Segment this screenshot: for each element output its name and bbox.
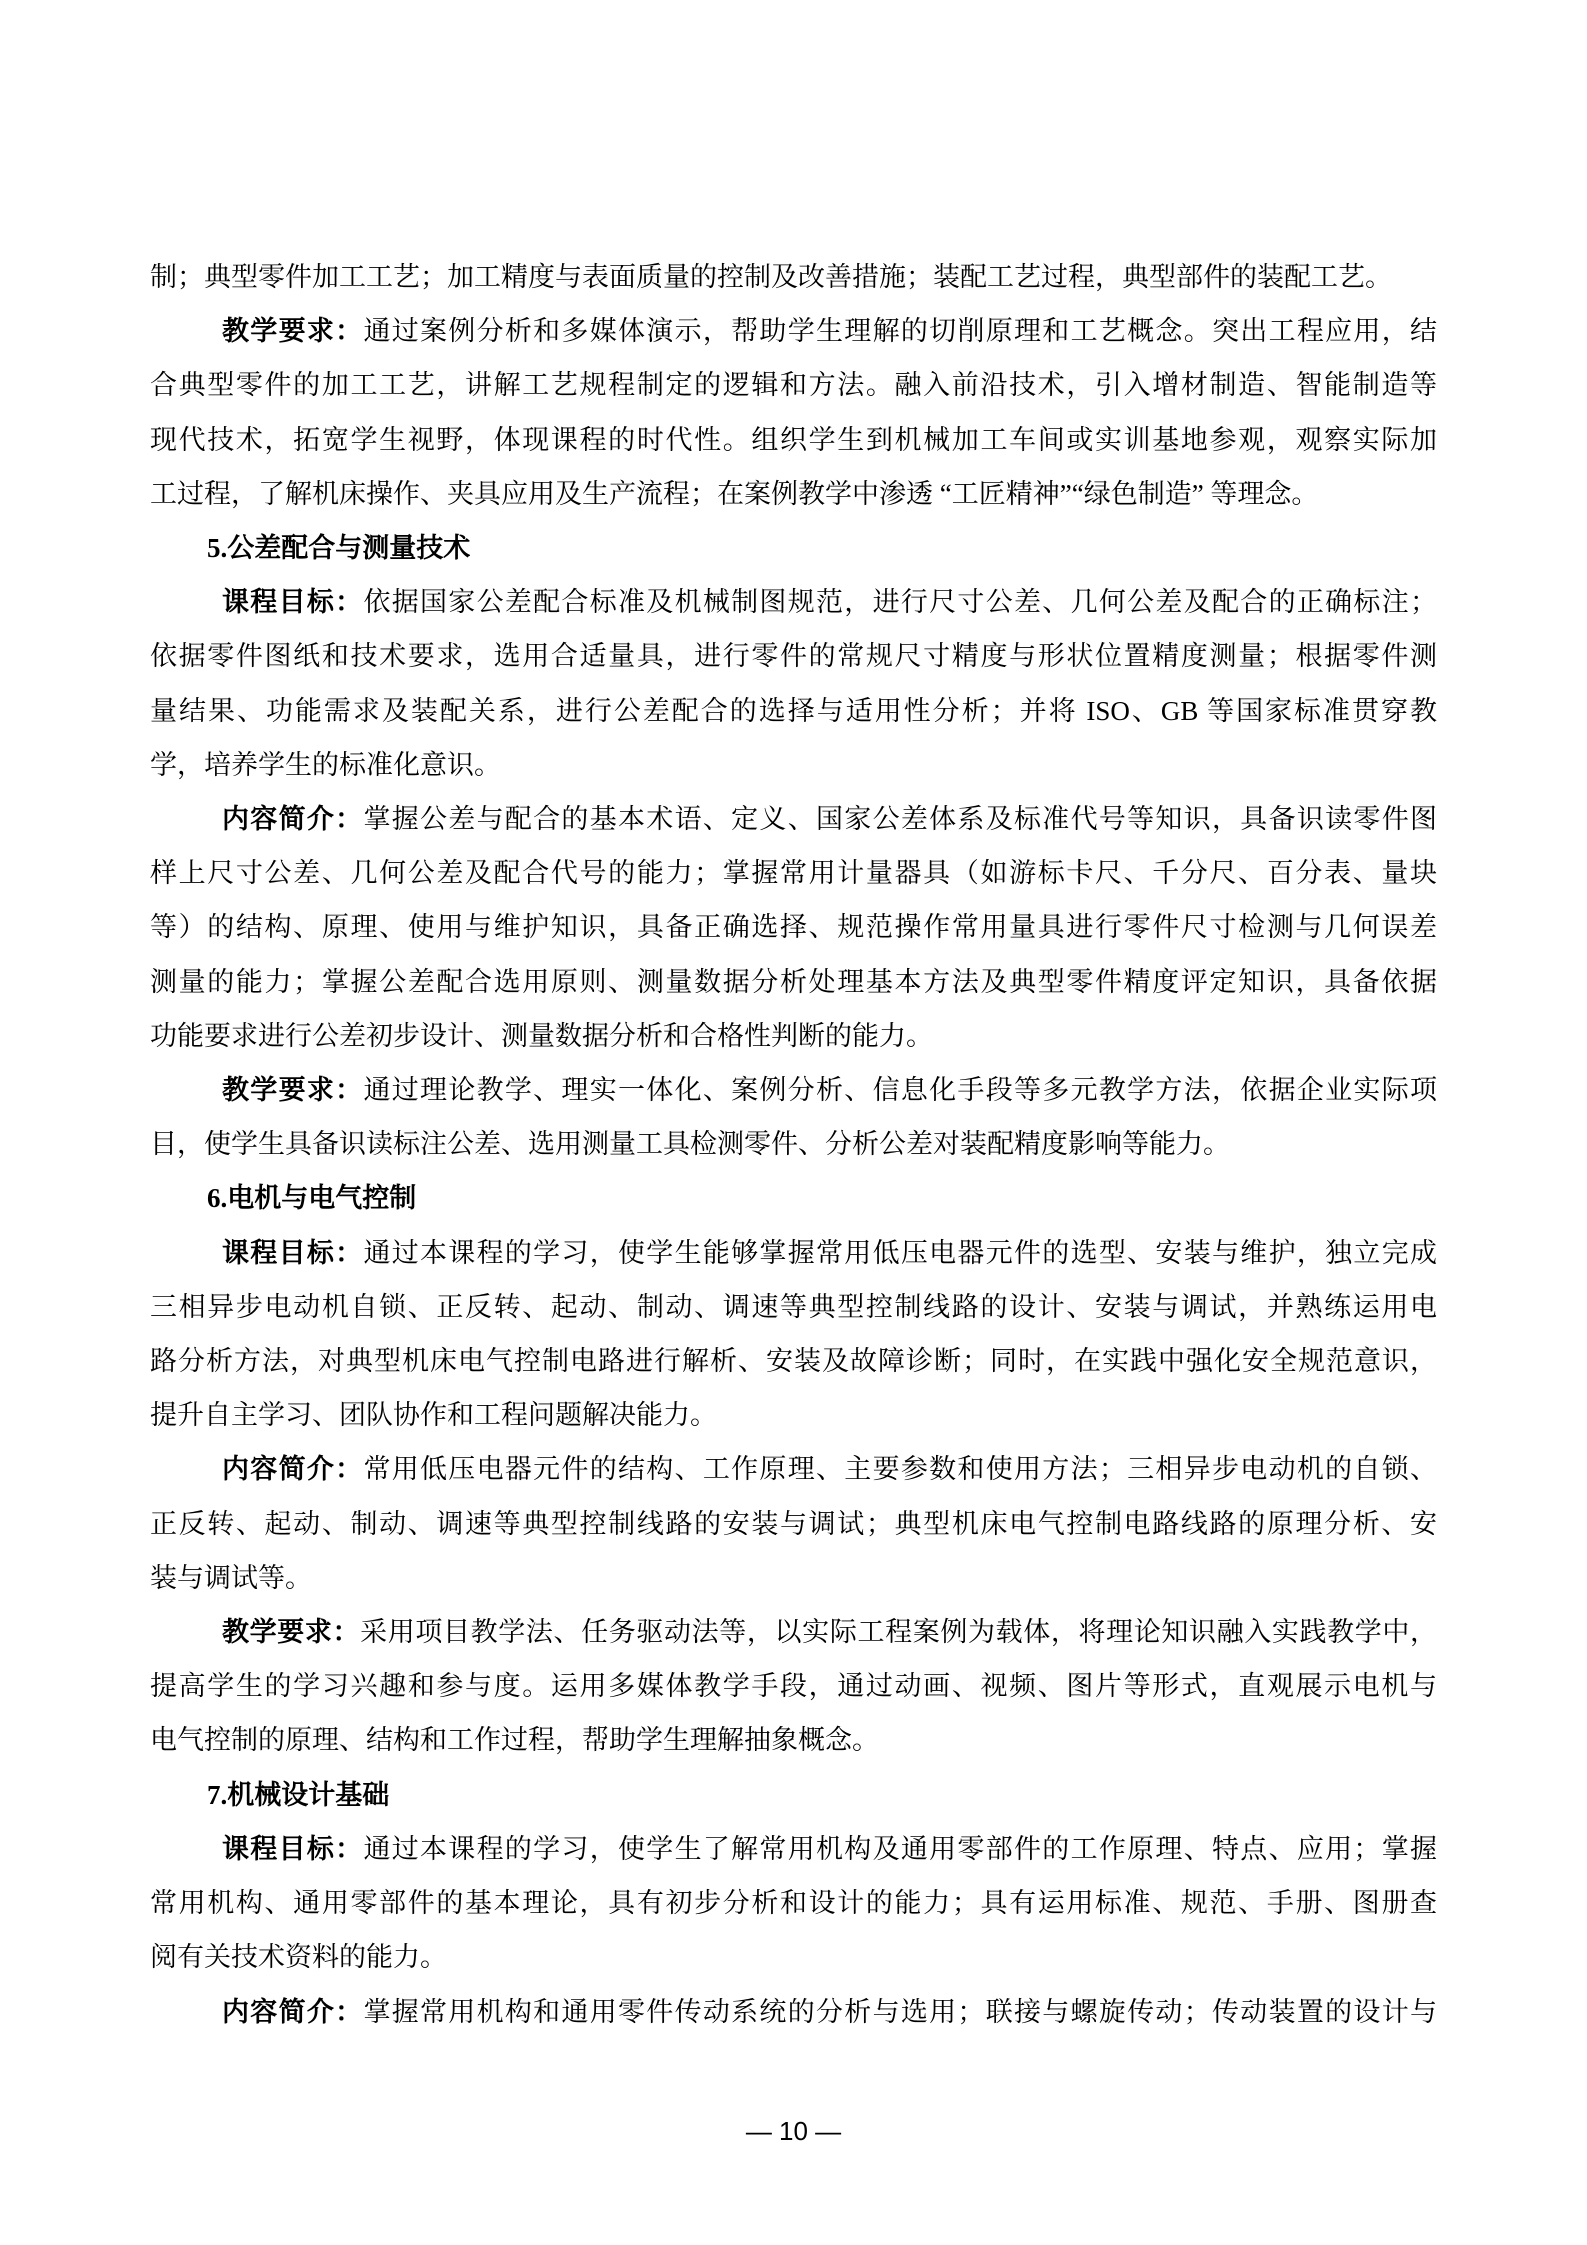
text-line: 合典型零件的加工工艺，讲解工艺规程制定的逻辑和方法。融入前沿技术，引入增材制造、… bbox=[150, 358, 1437, 412]
paragraph-label: 教学要求： bbox=[222, 1617, 360, 1647]
text-line: 电气控制的原理、结构和工作过程，帮助学生理解抽象概念。 bbox=[150, 1713, 1437, 1767]
page-body: 制；典型零件加工工艺；加工精度与表面质量的控制及改善措施；装配工艺过程，典型部件… bbox=[150, 250, 1437, 2039]
text-line: 课程目标：通过本课程的学习，使学生能够掌握常用低压电器元件的选型、安装与维护，独… bbox=[150, 1226, 1437, 1280]
text-line: 常用机构、通用零部件的基本理论，具有初步分析和设计的能力；具有运用标准、规范、手… bbox=[150, 1876, 1437, 1930]
text-line: 路分析方法，对典型机床电气控制电路进行解析、安装及故障诊断；同时，在实践中强化安… bbox=[150, 1334, 1437, 1388]
section-heading: 7.机械设计基础 bbox=[150, 1768, 1437, 1822]
document-page: 制；典型零件加工工艺；加工精度与表面质量的控制及改善措施；装配工艺过程，典型部件… bbox=[0, 0, 1587, 2245]
text-line: 提高学生的学习兴趣和参与度。运用多媒体教学手段，通过动画、视频、图片等形式，直观… bbox=[150, 1659, 1437, 1713]
text-line: 功能要求进行公差初步设计、测量数据分析和合格性判断的能力。 bbox=[150, 1009, 1437, 1063]
text-line: 教学要求：通过理论教学、理实一体化、案例分析、信息化手段等多元教学方法，依据企业… bbox=[150, 1063, 1437, 1117]
paragraph-label: 课程目标： bbox=[222, 587, 363, 617]
paragraph-label: 内容简介： bbox=[222, 1454, 363, 1484]
paragraph-label: 教学要求： bbox=[222, 1075, 363, 1105]
paragraph-label: 课程目标： bbox=[222, 1834, 363, 1864]
text-line: 课程目标：依据国家公差配合标准及机械制图规范，进行尺寸公差、几何公差及配合的正确… bbox=[150, 575, 1437, 629]
text-line: 测量的能力；掌握公差配合选用原则、测量数据分析处理基本方法及典型零件精度评定知识… bbox=[150, 955, 1437, 1009]
text-line: 等）的结构、原理、使用与维护知识，具备正确选择、规范操作常用量具进行零件尺寸检测… bbox=[150, 900, 1437, 954]
section-heading: 5.公差配合与测量技术 bbox=[150, 521, 1437, 575]
text-line: 制；典型零件加工工艺；加工精度与表面质量的控制及改善措施；装配工艺过程，典型部件… bbox=[150, 250, 1437, 304]
text-line: 内容简介：掌握常用机构和通用零件传动系统的分析与选用；联接与螺旋传动；传动装置的… bbox=[150, 1985, 1437, 2039]
page-number: — 10 — bbox=[0, 2116, 1587, 2147]
text-line: 目，使学生具备识读标注公差、选用测量工具检测零件、分析公差对装配精度影响等能力。 bbox=[150, 1117, 1437, 1171]
text-line: 学，培养学生的标准化意识。 bbox=[150, 738, 1437, 792]
text-line: 正反转、起动、制动、调速等典型控制线路的安装与调试；典型机床电气控制电路线路的原… bbox=[150, 1497, 1437, 1551]
text-line: 现代技术，拓宽学生视野，体现课程的时代性。组织学生到机械加工车间或实训基地参观，… bbox=[150, 413, 1437, 467]
text-line: 教学要求：通过案例分析和多媒体演示，帮助学生理解的切削原理和工艺概念。突出工程应… bbox=[150, 304, 1437, 358]
paragraph-label: 教学要求： bbox=[222, 316, 363, 346]
text-line: 课程目标：通过本课程的学习，使学生了解常用机构及通用零部件的工作原理、特点、应用… bbox=[150, 1822, 1437, 1876]
text-line: 内容简介：常用低压电器元件的结构、工作原理、主要参数和使用方法；三相异步电动机的… bbox=[150, 1442, 1437, 1496]
paragraph-label: 内容简介： bbox=[222, 1997, 363, 2027]
text-line: 依据零件图纸和技术要求，选用合适量具，进行零件的常规尺寸精度与形状位置精度测量；… bbox=[150, 629, 1437, 683]
section-heading: 6.电机与电气控制 bbox=[150, 1171, 1437, 1225]
text-line: 提升自主学习、团队协作和工程问题解决能力。 bbox=[150, 1388, 1437, 1442]
paragraph-label: 课程目标： bbox=[222, 1238, 363, 1268]
text-line: 内容简介：掌握公差与配合的基本术语、定义、国家公差体系及标准代号等知识，具备识读… bbox=[150, 792, 1437, 846]
text-line: 阅有关技术资料的能力。 bbox=[150, 1930, 1437, 1984]
text-line: 三相异步电动机自锁、正反转、起动、制动、调速等典型控制线路的设计、安装与调试，并… bbox=[150, 1280, 1437, 1334]
text-line: 教学要求：采用项目教学法、任务驱动法等，以实际工程案例为载体，将理论知识融入实践… bbox=[150, 1605, 1437, 1659]
text-line: 工过程，了解机床操作、夹具应用及生产流程；在案例教学中渗透 “工匠精神”“绿色制… bbox=[150, 467, 1437, 521]
text-line: 装与调试等。 bbox=[150, 1551, 1437, 1605]
text-line: 样上尺寸公差、几何公差及配合代号的能力；掌握常用计量器具（如游标卡尺、千分尺、百… bbox=[150, 846, 1437, 900]
paragraph-label: 内容简介： bbox=[222, 804, 363, 834]
text-line: 量结果、功能需求及装配关系，进行公差配合的选择与适用性分析；并将 ISO、GB … bbox=[150, 684, 1437, 738]
